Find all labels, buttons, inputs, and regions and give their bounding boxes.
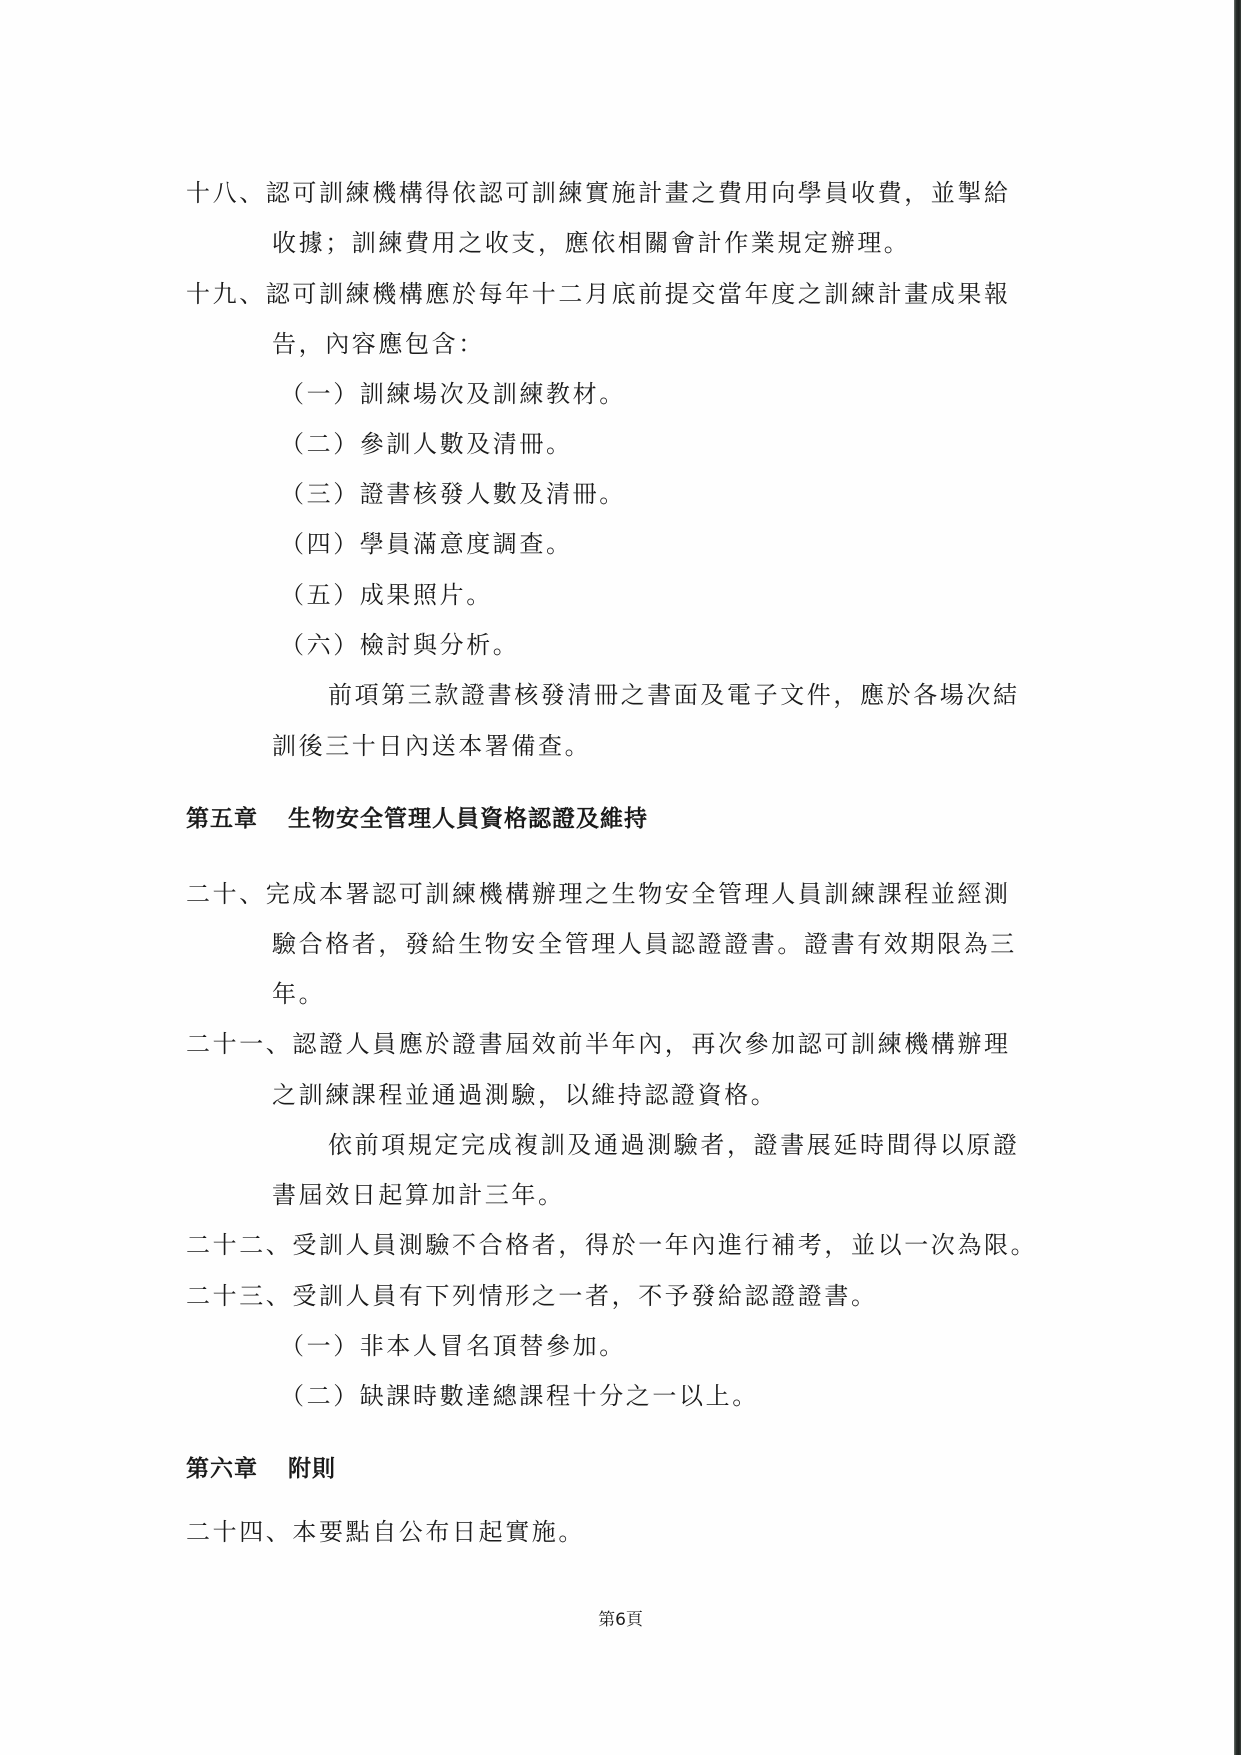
- scan-border: [1234, 0, 1241, 1755]
- page-number: 第6頁: [0, 1609, 1241, 1631]
- article-19-item-6: （六）檢討與分析。: [280, 630, 519, 660]
- chapter-5-heading: 第五章生物安全管理人員資格認證及維持: [186, 804, 648, 834]
- chapter-6-number: 第六章: [186, 1456, 258, 1482]
- article-21-line-1: 二十一、認證人員應於證書屆效前半年內，再次參加認可訓練機構辦理: [186, 1029, 1011, 1059]
- article-23-line-1: 二十三、受訓人員有下列情形之一者，不予發給認證證書。: [186, 1281, 878, 1311]
- article-19-item-3: （三）證書核發人數及清冊。: [280, 479, 626, 509]
- article-20-line-2: 驗合格者，發給生物安全管理人員認證證書。證書有效期限為三: [272, 929, 1017, 959]
- article-19-item-1: （一）訓練場次及訓練教材。: [280, 379, 626, 409]
- chapter-5-number: 第五章: [186, 806, 258, 832]
- article-19-note-line-2: 訓後三十日內送本署備查。: [272, 731, 591, 761]
- article-22-line-1: 二十二、受訓人員測驗不合格者，得於一年內進行補考，並以一次為限。: [186, 1230, 1037, 1260]
- article-20-line-3: 年。: [272, 979, 325, 1009]
- article-20-line-1: 二十、完成本署認可訓練機構辦理之生物安全管理人員訓練課程並經測: [186, 879, 1011, 909]
- chapter-5-title: 生物安全管理人員資格認證及維持: [288, 806, 648, 832]
- article-18-line-1: 十八、認可訓練機構得依認可訓練實施計畫之費用向學員收費，並掣給: [186, 178, 1011, 208]
- article-21-note-line-1: 依前項規定完成複訓及通過測驗者，證書展延時間得以原證: [328, 1130, 1020, 1160]
- document-page: 十八、認可訓練機構得依認可訓練實施計畫之費用向學員收費，並掣給 收據；訓練費用之…: [0, 0, 1241, 1755]
- article-24-line-1: 二十四、本要點自公布日起實施。: [186, 1517, 585, 1547]
- article-21-line-2: 之訓練課程並通過測驗，以維持認證資格。: [272, 1080, 777, 1110]
- article-23-item-1: （一）非本人冒名頂替參加。: [280, 1331, 626, 1361]
- article-19-line-2: 告，內容應包含：: [272, 329, 485, 359]
- chapter-6-title: 附則: [288, 1456, 336, 1482]
- article-19-item-4: （四）學員滿意度調查。: [280, 529, 573, 559]
- article-23-item-2: （二）缺課時數達總課程十分之一以上。: [280, 1381, 759, 1411]
- article-19-item-5: （五）成果照片。: [280, 580, 493, 610]
- article-19-note-line-1: 前項第三款證書核發清冊之書面及電子文件，應於各場次結: [328, 680, 1020, 710]
- article-18-line-2: 收據；訓練費用之收支，應依相關會計作業規定辦理。: [272, 228, 910, 258]
- chapter-6-heading: 第六章附則: [186, 1454, 336, 1484]
- article-19-line-1: 十九、認可訓練機構應於每年十二月底前提交當年度之訓練計畫成果報: [186, 279, 1011, 309]
- article-21-note-line-2: 書屆效日起算加計三年。: [272, 1180, 565, 1210]
- article-19-item-2: （二）參訓人數及清冊。: [280, 429, 573, 459]
